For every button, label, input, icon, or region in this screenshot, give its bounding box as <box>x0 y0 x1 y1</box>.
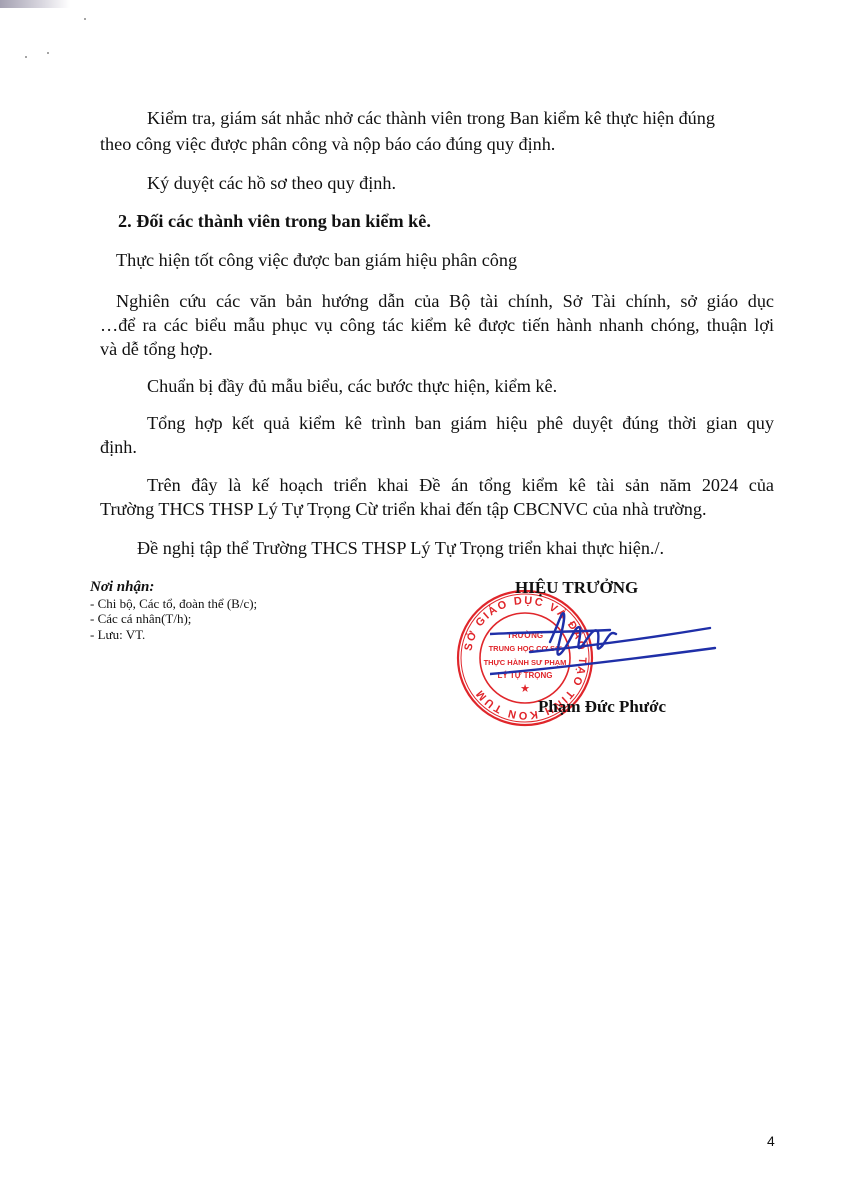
signature-icon <box>490 610 720 690</box>
paragraph-6: Chuẩn bị đầy đủ mẫu biểu, các bước thực … <box>147 375 557 397</box>
scan-edge-shadow <box>0 0 70 8</box>
recipients-title: Nơi nhận: <box>90 580 257 596</box>
signature-title: HIỆU TRƯỞNG <box>515 578 638 598</box>
recipient-item: - Chi bộ, Các tổ, đoàn thể (B/c); <box>90 596 257 612</box>
paragraph-7-line-1: Tổng hợp kết quả kiểm kê trình ban giám … <box>147 412 774 434</box>
paragraph-9: Đề nghị tập thể Trường THCS THSP Lý Tự T… <box>137 537 664 559</box>
paragraph-8-line-2: Trường THCS THSP Lý Tự Trọng Cừ triển kh… <box>100 498 707 520</box>
paragraph-5-line-1: Nghiên cứu các văn bản hướng dẫn của Bộ … <box>116 290 774 312</box>
paragraph-2: Ký duyệt các hồ sơ theo quy định. <box>147 172 396 194</box>
paragraph-5-line-3: và dễ tổng hợp. <box>100 338 213 360</box>
recipient-item: - Các cá nhân(T/h); <box>90 611 257 627</box>
paragraph-5-line-2: …để ra các biểu mẫu phục vụ công tác kiể… <box>100 314 774 336</box>
paragraph-4: Thực hiện tốt công việc được ban giám hi… <box>116 249 517 271</box>
paragraph-1-line-2: theo công việc được phân công và nộp báo… <box>100 133 555 155</box>
recipient-item: - Lưu: VT. <box>90 627 257 643</box>
paragraph-1-line-1: Kiểm tra, giám sát nhắc nhở các thành vi… <box>147 107 774 129</box>
scan-speck <box>84 18 86 20</box>
paragraph-7-line-2: định. <box>100 436 137 458</box>
paragraph-8-line-1: Trên đây là kế hoạch triển khai Đề án tổ… <box>147 474 774 496</box>
signatory-name: Phạm Đức Phước <box>538 697 666 717</box>
page-number: 4 <box>767 1133 775 1149</box>
scan-speck <box>47 52 49 54</box>
section-heading-2: 2. Đối các thành viên trong ban kiểm kê. <box>118 210 431 232</box>
scan-speck <box>25 56 27 58</box>
recipients-block: Nơi nhận: - Chi bộ, Các tổ, đoàn thể (B/… <box>90 580 257 642</box>
